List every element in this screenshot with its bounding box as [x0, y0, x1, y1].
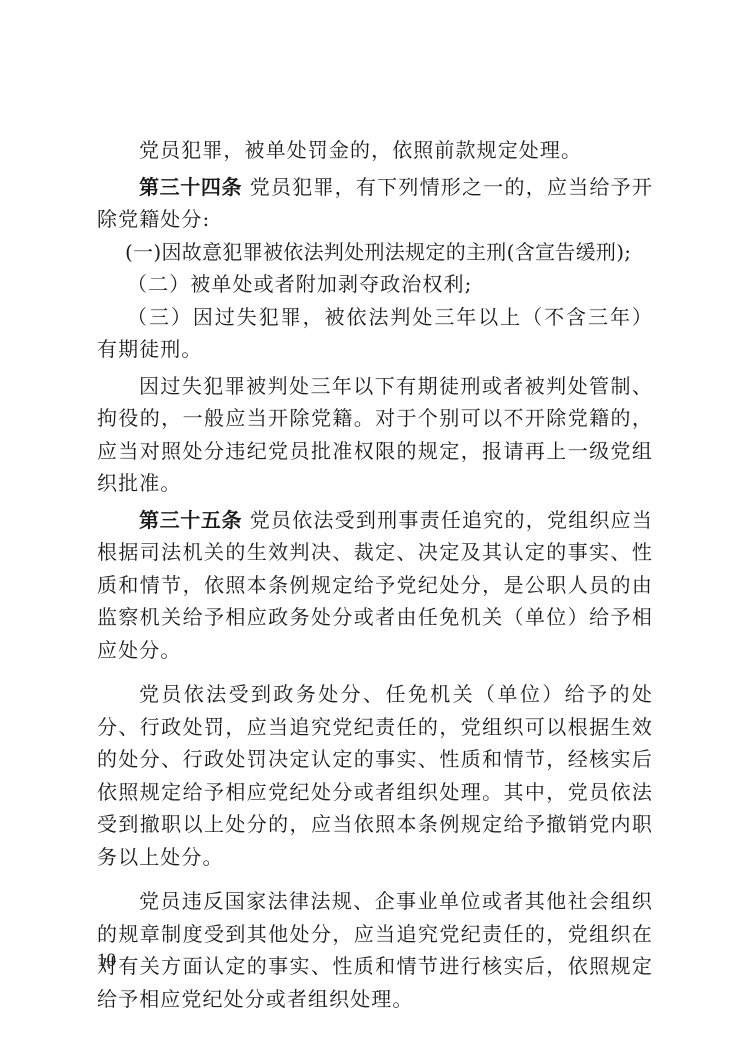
paragraph-administrative-sanction: 党员依法受到政务处分、任免机关（单位）给予的处分、行政处罚，应当追究党纪责任的，…	[97, 678, 653, 873]
article-35: 第三十五条 党员依法受到刑事责任追究的，党组织应当根据司法机关的生效判决、裁定、…	[97, 504, 653, 667]
list-item-text: (一)因故意犯罪被依法判处刑法规定的主刑(含宣告缓刑);	[125, 240, 631, 264]
article-34-item-1: (一)因故意犯罪被依法判处刑法规定的主刑(含宣告缓刑);	[97, 236, 653, 269]
article-34-title: 第三十四条	[139, 175, 242, 199]
document-page: 党员犯罪，被单处罚金的，依照前款规定处理。 第三十四条 党员犯罪，有下列情形之一…	[0, 0, 750, 1060]
article-34-item-2: （二）被单处或者附加剥夺政治权利;	[97, 268, 653, 301]
list-item-text: （三）因过失犯罪，被依法判处三年以上（不含三年）有期徒刑。	[97, 305, 653, 362]
paragraph-text: 党员违反国家法律法规、企事业单位或者其他社会组织的规章制度受到其他处分，应当追究…	[97, 889, 653, 1011]
paragraph-negligent-crime: 因过失犯罪被判处三年以下有期徒刑或者被判处管制、拘役的，一般应当开除党籍。对于个…	[97, 370, 653, 500]
document-body: 党员犯罪，被单处罚金的，依照前款规定处理。 第三十四条 党员犯罪，有下列情形之一…	[97, 134, 653, 1015]
paragraph-other-sanction: 党员违反国家法律法规、企事业单位或者其他社会组织的规章制度受到其他处分，应当追究…	[97, 885, 653, 1015]
paragraph-text: 因过失犯罪被判处三年以下有期徒刑或者被判处管制、拘役的，一般应当开除党籍。对于个…	[97, 374, 653, 496]
paragraph-fine-only: 党员犯罪，被单处罚金的，依照前款规定处理。	[97, 134, 653, 167]
article-34-item-3: （三）因过失犯罪，被依法判处三年以上（不含三年）有期徒刑。	[97, 301, 653, 366]
paragraph-text: 党员依法受到政务处分、任免机关（单位）给予的处分、行政处罚，应当追究党纪责任的，…	[97, 682, 653, 869]
article-35-title: 第三十五条	[139, 508, 242, 532]
list-item-text: （二）被单处或者附加剥夺政治权利;	[127, 272, 472, 296]
page-number: 10	[97, 950, 116, 972]
paragraph-text: 党员犯罪，被单处罚金的，依照前款规定处理。	[139, 138, 582, 162]
article-34: 第三十四条 党员犯罪，有下列情形之一的，应当给予开除党籍处分:	[97, 171, 653, 236]
